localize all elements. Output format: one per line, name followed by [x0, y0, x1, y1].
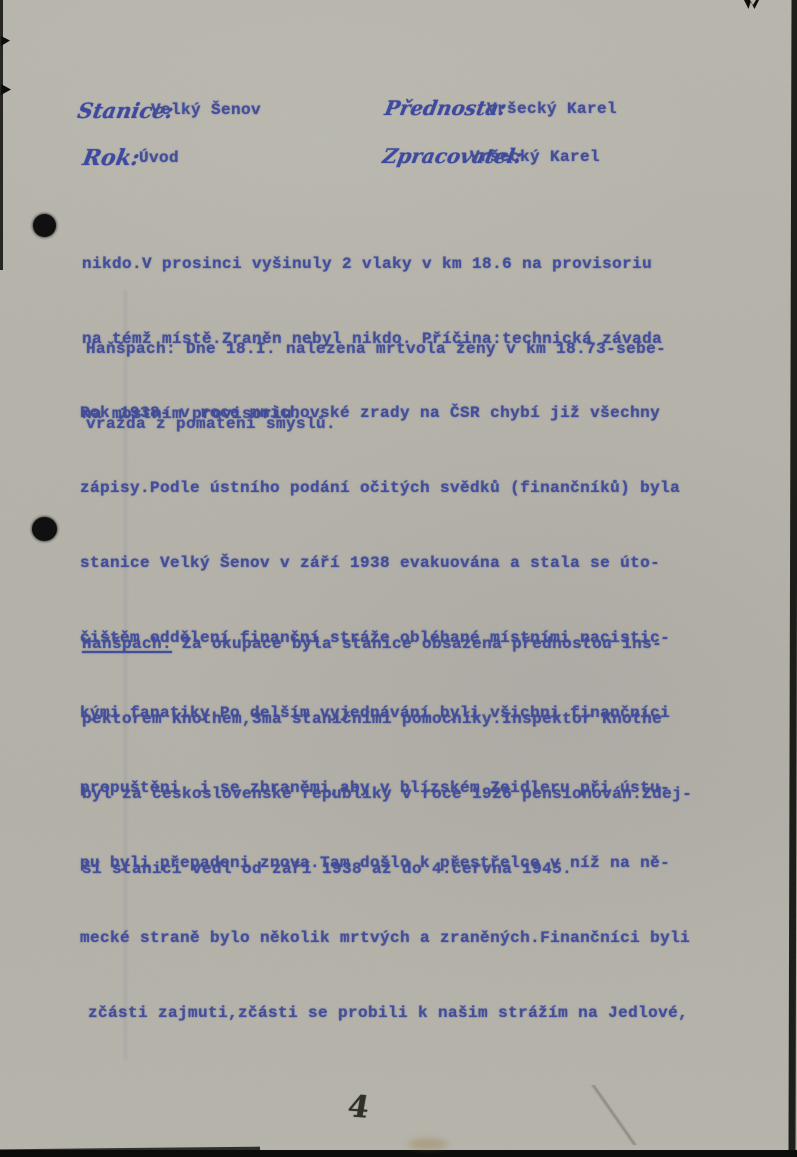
scan-mark-top-right	[744, 0, 759, 9]
text-line: Rok 1938- v roce mnichovské zrady na ČSR…	[80, 401, 690, 426]
text-line: pektorem Knothem,3ma staničními pomocník…	[82, 707, 692, 732]
scan-edge-right	[788, 0, 797, 1157]
hole-punch-bottom	[32, 517, 57, 541]
scanned-document-page: Stanice: Velký Šenov Přednosta: Vršecký …	[0, 0, 797, 1157]
text-line-rest: Za okupace byla stanice obsazena přednos…	[172, 635, 662, 653]
hole-punch-top	[33, 214, 56, 237]
crease-bottom-right	[583, 1085, 645, 1145]
underlined-lead: Haňšpach:	[82, 635, 172, 653]
year-label: Rok:	[81, 145, 142, 171]
year-value: Úvod	[139, 149, 179, 167]
text-line: zápisy.Podle ústního podání očitých svěd…	[80, 476, 690, 501]
chief-value: Vršecký Karel	[487, 100, 617, 118]
text-line: stanice Velký Šenov v září 1938 evakuová…	[80, 551, 690, 576]
text-line: ší stanici vedl od září 1938 až do 4.čer…	[82, 857, 692, 882]
scan-mark-left-1	[1, 36, 10, 46]
scan-mark-left-2	[1, 84, 11, 95]
text-line: zčásti zajmuti,zčásti se probili k našim…	[80, 1001, 690, 1026]
text-line: nikdo.V prosinci vyšinuly 2 vlaky v km 1…	[82, 252, 662, 277]
stain-bottom	[408, 1138, 448, 1150]
scan-edge-left	[0, 0, 3, 270]
text-line: Haňšpach: Za okupace byla stanice obsaze…	[82, 632, 692, 657]
station-value: Velký Šenov	[151, 101, 261, 119]
scan-edge-bottom-left	[0, 1147, 260, 1154]
paragraph-hanspach-okupace: Haňšpach: Za okupace byla stanice obsaze…	[82, 582, 692, 932]
scan-edge-bottom	[0, 1150, 797, 1157]
compiler-value: Vršecký Karel	[470, 148, 600, 166]
text-line: byl za československé republiky v roce 1…	[82, 782, 692, 807]
page-number: 4	[345, 1089, 372, 1125]
